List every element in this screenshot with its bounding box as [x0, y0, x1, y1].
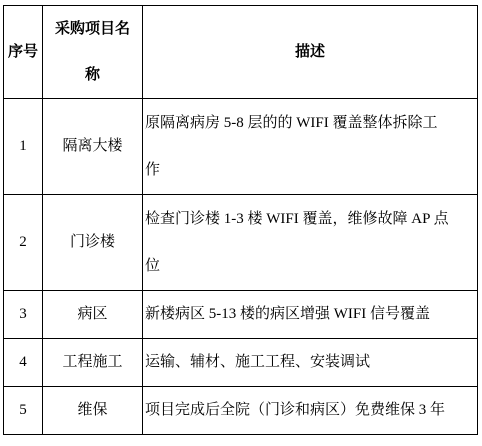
table-row: 1 隔离大楼 原隔离病房 5-8 层的的 WIFI 覆盖整体拆除工 作 — [4, 99, 478, 195]
row-index: 1 — [4, 99, 43, 195]
project-name: 工程施工 — [43, 339, 143, 387]
document-page: 序号 采购项目名 称 描述 1 隔离大楼 原隔离病房 5-8 层的的 WIFI … — [0, 0, 482, 435]
project-name: 维保 — [43, 387, 143, 435]
project-description: 项目完成后全院（门诊和病区）免费维保 3 年 — [143, 387, 478, 435]
table-row: 4 工程施工 运输、辅材、施工工程、安装调试 — [4, 339, 478, 387]
procurement-table: 序号 采购项目名 称 描述 1 隔离大楼 原隔离病房 5-8 层的的 WIFI … — [3, 5, 478, 435]
project-description: 原隔离病房 5-8 层的的 WIFI 覆盖整体拆除工 作 — [143, 99, 478, 195]
project-description: 检查门诊楼 1-3 楼 WIFI 覆盖，维修故障 AP 点 位 — [143, 195, 478, 291]
row-index: 4 — [4, 339, 43, 387]
project-description: 新楼病区 5-13 楼的病区增强 WIFI 信号覆盖 — [143, 291, 478, 339]
project-description: 运输、辅材、施工工程、安装调试 — [143, 339, 478, 387]
project-name: 病区 — [43, 291, 143, 339]
header-cell-description: 描述 — [143, 6, 478, 99]
table-header-row: 序号 采购项目名 称 描述 — [4, 6, 478, 99]
table-row: 3 病区 新楼病区 5-13 楼的病区增强 WIFI 信号覆盖 — [4, 291, 478, 339]
project-name: 门诊楼 — [43, 195, 143, 291]
row-index: 3 — [4, 291, 43, 339]
row-index: 5 — [4, 387, 43, 435]
header-cell-project-name: 采购项目名 称 — [43, 6, 143, 99]
table-row: 5 维保 项目完成后全院（门诊和病区）免费维保 3 年 — [4, 387, 478, 435]
project-name: 隔离大楼 — [43, 99, 143, 195]
row-index: 2 — [4, 195, 43, 291]
table-row: 2 门诊楼 检查门诊楼 1-3 楼 WIFI 覆盖，维修故障 AP 点 位 — [4, 195, 478, 291]
header-cell-index: 序号 — [4, 6, 43, 99]
